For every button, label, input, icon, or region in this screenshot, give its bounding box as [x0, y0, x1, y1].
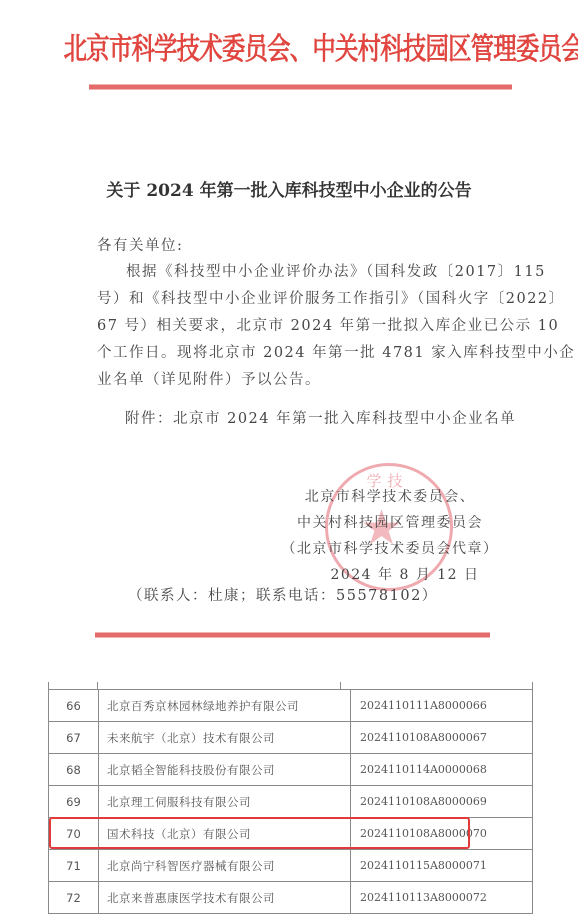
table-row: 68 北京韬全智能科技股份有限公司 2024110114A0000068 [49, 754, 533, 786]
table-row: 71 北京尚宁科智医疗器械有限公司 2024110115A8000071 [49, 850, 533, 882]
table-row: 67 未来航宇（北京）技术有限公司 2024110108A8000067 [49, 722, 533, 754]
body-line-3: 67 号）相关要求，北京市 2024 年第一批拟入库企业已公示 10 [97, 314, 559, 339]
signature-line-3: （北京市科学技术委员会代章） [275, 538, 505, 558]
company-name: 未来航宇（北京）技术有限公司 [99, 722, 351, 754]
notice-title: 关于 2024 年第一批入库科技型中小企业的公告 [0, 176, 578, 201]
company-name: 北京百秀京林园林绿地养护有限公司 [99, 690, 351, 722]
row-number: 66 [49, 690, 99, 722]
signature-line-1: 北京市科学技术委员会、 [290, 486, 490, 506]
highlight-box [49, 817, 470, 849]
contact-info: （联系人：杜康；联系电话：55578102） [128, 584, 438, 609]
body-line-5: 业名单（详见附件）予以公告。 [97, 368, 321, 393]
row-number: 69 [49, 786, 99, 818]
letterhead-divider [89, 84, 512, 90]
company-name: 北京韬全智能科技股份有限公司 [99, 754, 351, 786]
registration-code: 2024110114A0000068 [351, 754, 533, 786]
salutation: 各有关单位: [97, 234, 183, 259]
registration-code: 2024110115A8000071 [351, 850, 533, 882]
registration-code: 2024110111A8000066 [351, 690, 533, 722]
registration-code: 2024110108A8000067 [351, 722, 533, 754]
registration-code: 2024110113A8000072 [351, 882, 533, 914]
attachment-note[interactable]: 附件：北京市 2024 年第一批入库科技型中小企业名单 [125, 407, 516, 432]
body-line-4: 个工作日。现将北京市 2024 年第一批 4781 家入库科技型中小企 [97, 341, 575, 366]
table-row: 66 北京百秀京林园林绿地养护有限公司 2024110111A8000066 [49, 690, 533, 722]
row-number: 71 [49, 850, 99, 882]
row-number: 67 [49, 722, 99, 754]
body-line-2: 号）和《科技型中小企业评价服务工作指引》（国科火字〔2022〕 [97, 287, 565, 312]
signature-line-2: 中关村科技园区管理委员会 [290, 512, 490, 532]
table-row: 69 北京理工伺服科技有限公司 2024110108A8000069 [49, 786, 533, 818]
letterhead-issuer: 北京市科学技术委员会、中关村科技园区管理委员会 [64, 24, 515, 68]
row-number: 72 [49, 882, 99, 914]
table-row: 72 北京来普惠康医学技术有限公司 2024110113A8000072 [49, 882, 533, 914]
registration-code: 2024110108A8000069 [351, 786, 533, 818]
company-name: 北京来普惠康医学技术有限公司 [99, 882, 351, 914]
body-line-1: 根据《科技型中小企业评价办法》（国科发政〔2017〕115 [126, 260, 546, 285]
company-name: 北京理工伺服科技有限公司 [99, 786, 351, 818]
company-list-table: 66 北京百秀京林园林绿地养护有限公司 2024110111A8000066 6… [48, 689, 533, 914]
company-name: 北京尚宁科智医疗器械有限公司 [99, 850, 351, 882]
signature-date: 2024 年 8 月 12 日 [305, 564, 505, 584]
row-number: 68 [49, 754, 99, 786]
footer-divider [95, 632, 490, 638]
